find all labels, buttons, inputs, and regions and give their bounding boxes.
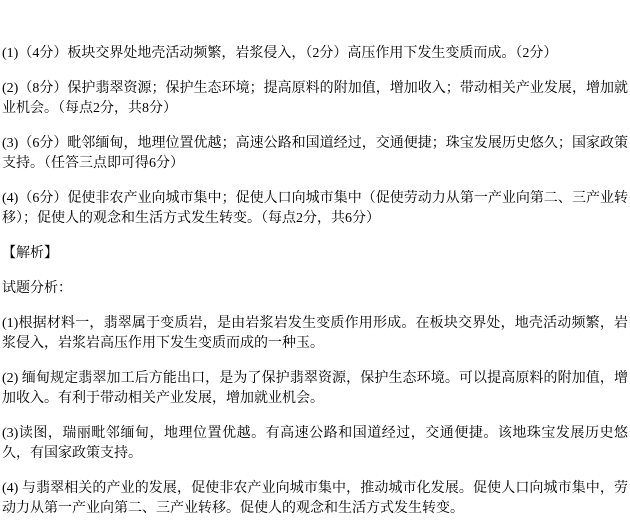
answer-paragraph-3: (3)（6分）毗邻缅甸，地理位置优越；高速公路和国道经过，交通便捷；珠宝发展历史… <box>2 134 628 174</box>
answer-paragraph-1: (1)（4分）板块交界处地壳活动频繁，岩浆侵入，（2分）高压作用下发生变质而成。… <box>2 44 628 64</box>
analysis-paragraph-4: (4) 与翡翠相关的产业的发展，促使非农产业向城市集中，推动城市化发展。促使人口… <box>2 479 628 519</box>
answer-paragraph-4: (4)（6分）促使非农产业向城市集中；促使人口向城市集中（促使劳动力从第一产业向… <box>2 189 628 229</box>
answer-section: (1)（4分）板块交界处地壳活动频繁，岩浆侵入，（2分）高压作用下发生变质而成。… <box>2 44 628 229</box>
analysis-header: 【解析】 <box>2 244 628 264</box>
analysis-section: 【解析】 试题分析： (1)根据材料一，翡翠属于变质岩，是由岩浆岩发生变质作用形… <box>2 244 628 519</box>
analysis-paragraph-1: (1)根据材料一，翡翠属于变质岩，是由岩浆岩发生变质作用形成。在板块交界处，地壳… <box>2 314 628 354</box>
document-page: (1)（4分）板块交界处地壳活动频繁，岩浆侵入，（2分）高压作用下发生变质而成。… <box>0 0 630 529</box>
answer-paragraph-2: (2)（8分）保护翡翠资源；保护生态环境；提高原料的附加值，增加收入；带动相关产… <box>2 79 628 119</box>
analysis-paragraph-2: (2) 缅甸规定翡翠加工后方能出口，是为了保护翡翠资源，保护生态环境。可以提高原… <box>2 369 628 409</box>
analysis-subheader: 试题分析： <box>2 279 628 299</box>
analysis-paragraph-3: (3)读图，瑞丽毗邻缅甸，地理位置优越。有高速公路和国道经过，交通便捷。该地珠宝… <box>2 424 628 464</box>
